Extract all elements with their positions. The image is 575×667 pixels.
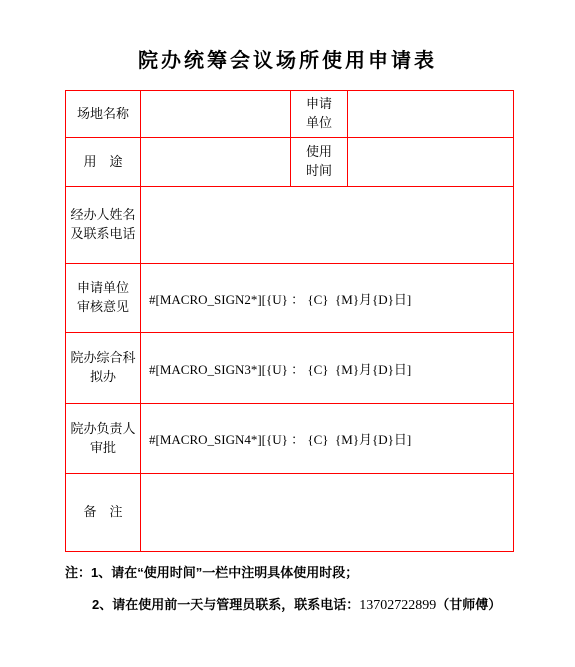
leader-approval-macro-cell: #[MACRO_SIGN4*][{U} ： {C} {M}月{D}日]	[141, 404, 514, 474]
purpose-label: 用 途	[66, 138, 141, 187]
usage-time-cell[interactable]	[348, 138, 514, 187]
table-row: 申请单位 审核意见 #[MACRO_SIGN2*][{U} ： {C} {M}月…	[66, 264, 514, 333]
application-table: 场地名称 申请 单位 用 途 使用 时间	[65, 90, 514, 552]
table-row: 用 途 使用 时间	[66, 138, 514, 187]
table-row: 院办负责人 审批 #[MACRO_SIGN4*][{U} ： {C} {M}月{…	[66, 404, 514, 474]
unit-review-macro-cell: #[MACRO_SIGN2*][{U} ： {C} {M}月{D}日]	[141, 264, 514, 333]
leader-approval-label: 院办负责人 审批	[66, 404, 141, 474]
footnotes: 注：1、请在“使用时间”一栏中注明具体使用时段； 2、请在使用前一天与管理员联系…	[65, 562, 535, 614]
office-section-macro-cell: #[MACRO_SIGN3*][{U} ： {C} {M}月{D}日]	[141, 333, 514, 404]
note-line-1: 注：1、请在“使用时间”一栏中注明具体使用时段；	[65, 562, 535, 581]
unit-review-label: 申请单位 审核意见	[66, 264, 141, 333]
remarks-label: 备 注	[66, 474, 141, 552]
table-row: 院办综合科 拟办 #[MACRO_SIGN3*][{U} ： {C} {M}月{…	[66, 333, 514, 404]
usage-time-label: 使用 时间	[291, 138, 348, 187]
remarks-cell[interactable]	[141, 474, 514, 552]
purpose-cell[interactable]	[141, 138, 291, 187]
note-line-2-suffix: （甘师傅）	[436, 597, 501, 612]
document-page: 院办统筹会议场所使用申请表 场地名称 申请 单位 用 途	[0, 0, 575, 667]
table-row: 经办人姓名 及联系电话	[66, 187, 514, 264]
contact-person-label: 经办人姓名 及联系电话	[66, 187, 141, 264]
table-row: 场地名称 申请 单位	[66, 91, 514, 138]
table-row: 备 注	[66, 474, 514, 552]
applicant-unit-cell[interactable]	[348, 91, 514, 138]
note-line-2-text: 2、请在使用前一天与管理员联系，联系电话：	[92, 597, 359, 612]
office-section-label: 院办综合科 拟办	[66, 333, 141, 404]
page-title: 院办统筹会议场所使用申请表	[0, 44, 575, 73]
applicant-unit-label: 申请 单位	[291, 91, 348, 138]
venue-name-cell[interactable]	[141, 91, 291, 138]
note-line-2: 2、请在使用前一天与管理员联系，联系电话：13702722899（甘师傅）	[92, 594, 535, 614]
phone-number: 13702722899	[359, 598, 436, 613]
contact-person-cell[interactable]	[141, 187, 514, 264]
venue-name-label: 场地名称	[66, 91, 141, 138]
